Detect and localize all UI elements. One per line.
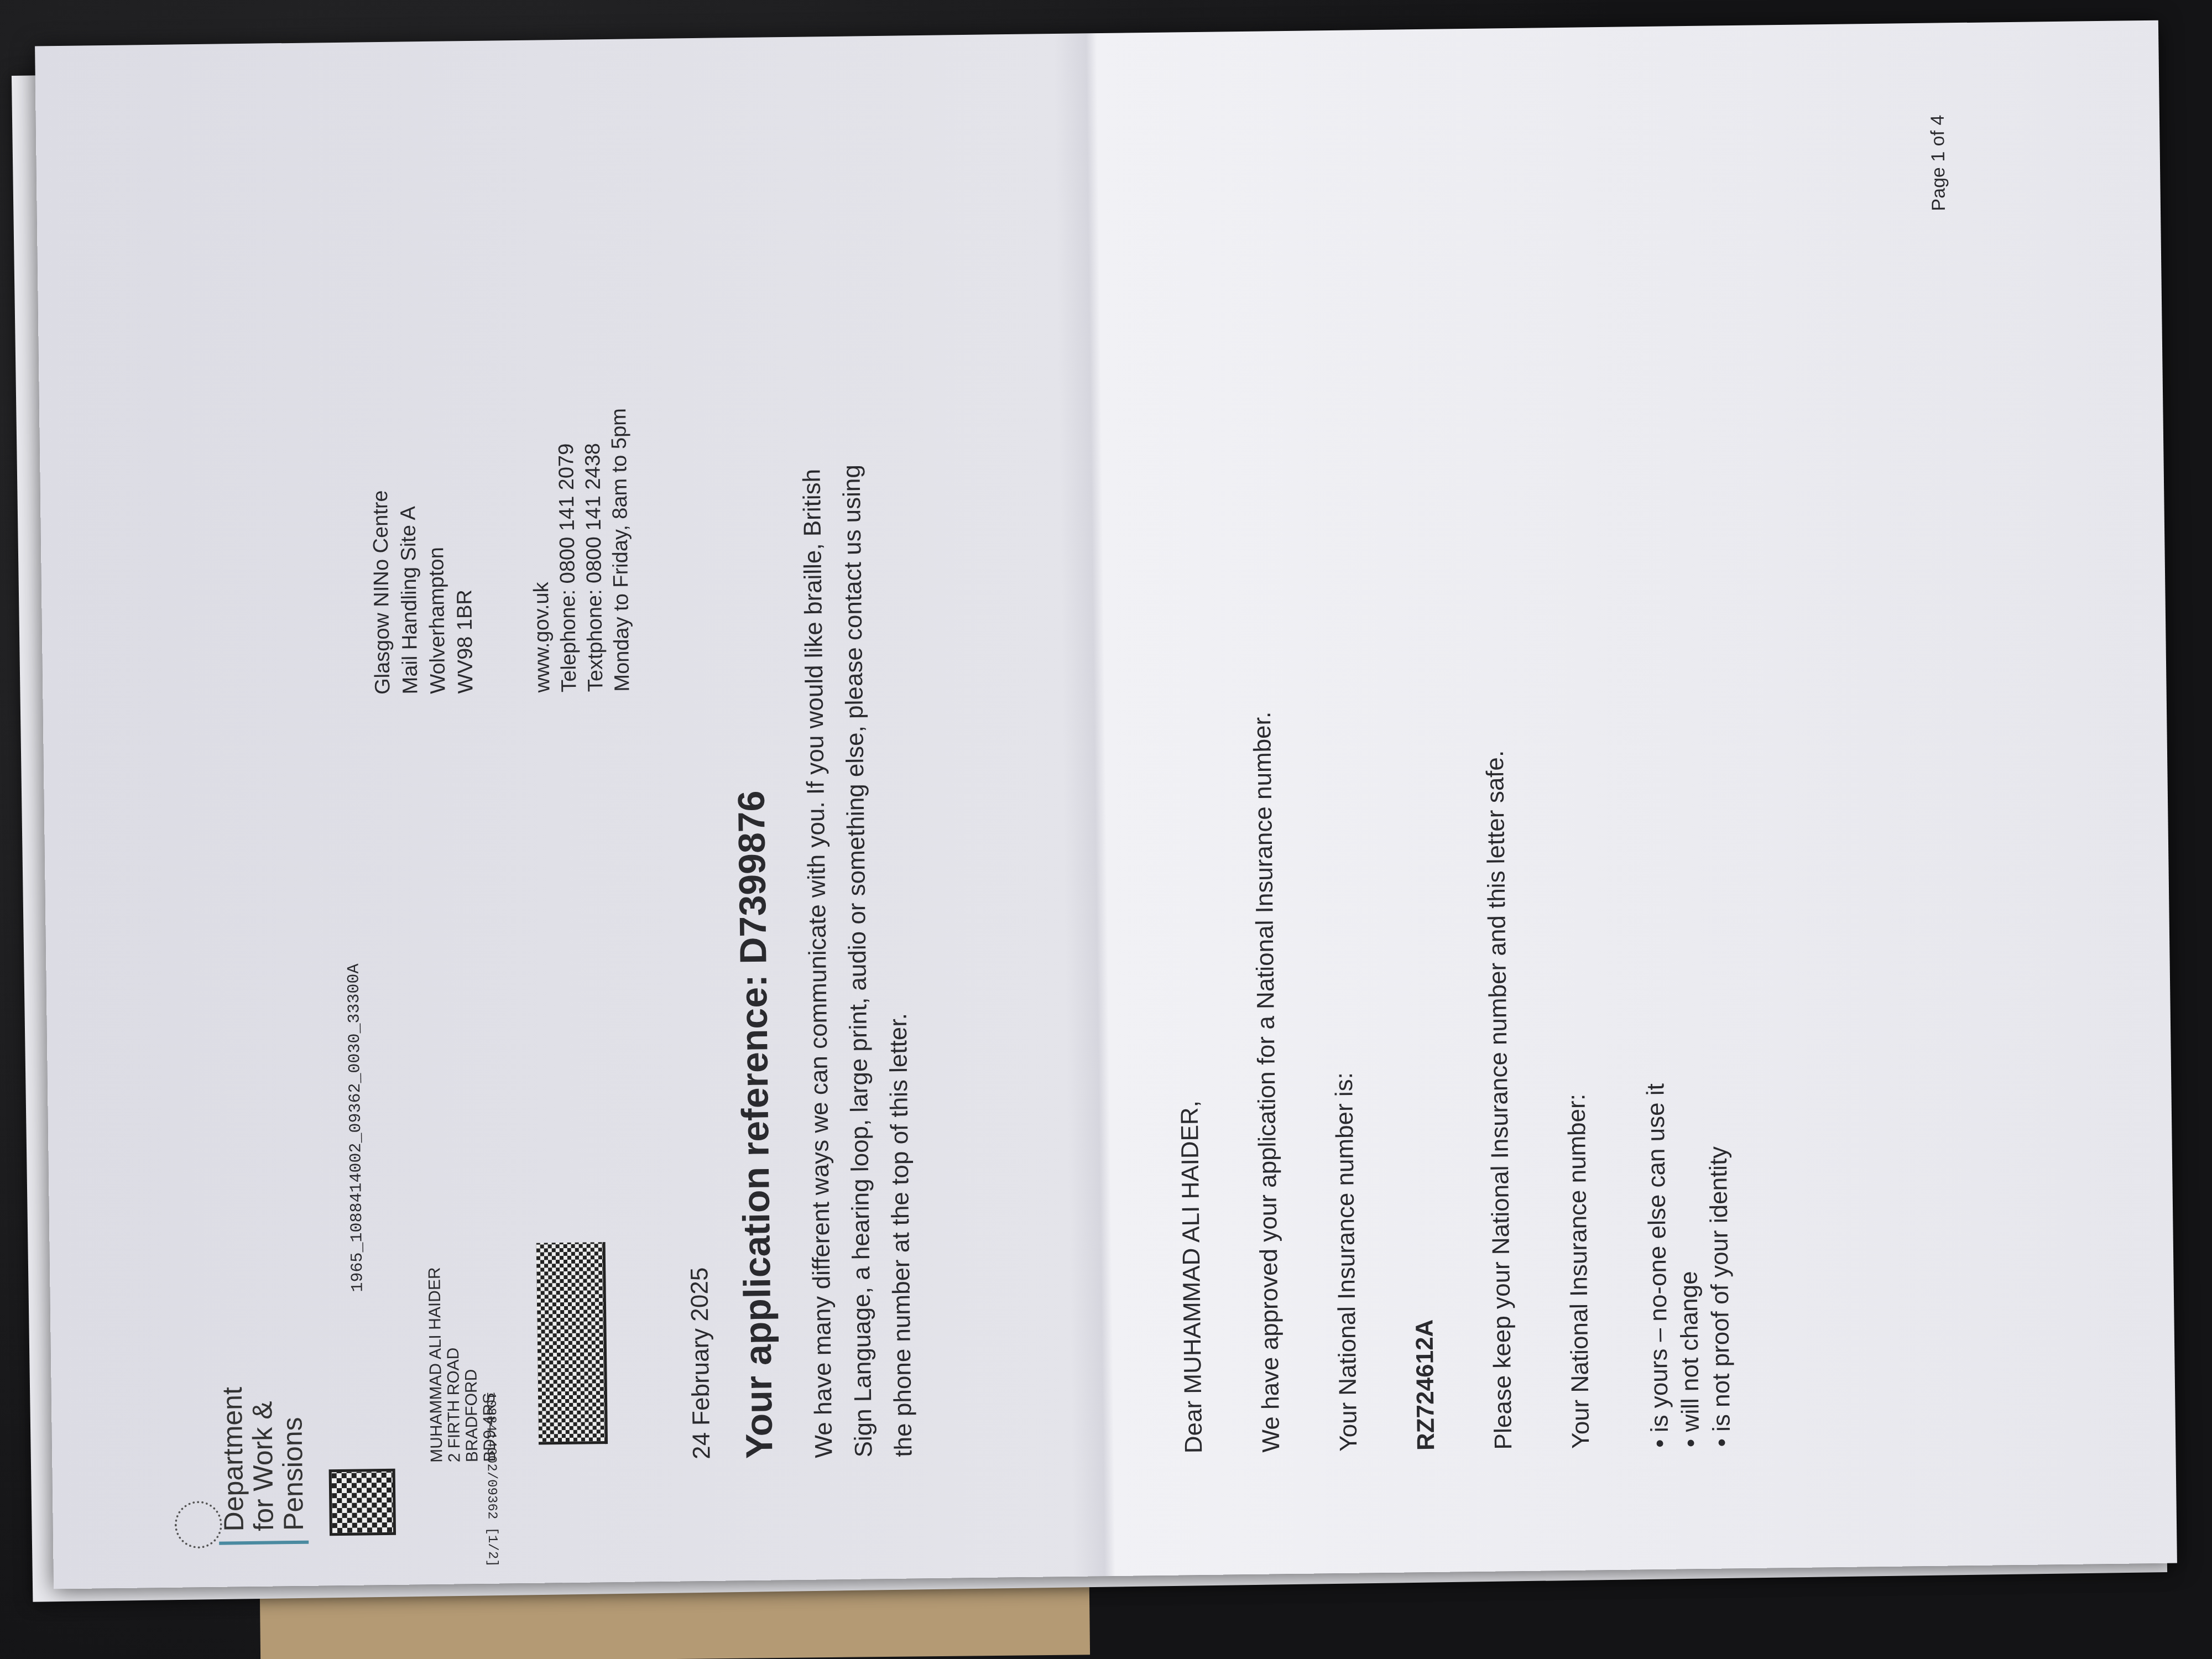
contact-details: www.gov.uk Telephone: 0800 141 2079 Text…: [526, 408, 635, 693]
telephone: Telephone: 0800 141 2079: [552, 409, 582, 692]
keep-safe-text: Please keep your National Insurance numb…: [1481, 750, 1517, 1450]
salutation: Dear MUHAMMAD ALI HAIDER,: [1176, 1100, 1208, 1454]
department-name: Department for Work & Pensions: [217, 1386, 309, 1545]
letter-right-half: Dear MUHAMMAD ALI HAIDER, We have approv…: [1130, 76, 2144, 1581]
accessibility-paragraph: We have many different ways we can commu…: [792, 461, 924, 1458]
letter-date: 24 February 2025: [686, 1267, 716, 1459]
mailing-code: 1965_1088414002_09362_0030_33300A: [345, 963, 367, 1292]
approval-text: We have approved your application for a …: [1249, 712, 1285, 1453]
national-insurance-number: RZ724612A: [1411, 1319, 1440, 1451]
sender-address: Glasgow NINo Centre Mail Handling Site A…: [367, 489, 480, 695]
letter-sheet: Department for Work & Pensions 1965_1088…: [35, 20, 2177, 1589]
recipient-address: MUHAMMAD ALI HAIDER 2 FIRTH ROAD BRADFOR…: [426, 1266, 499, 1463]
letter-left-half: Department for Work & Pensions 1965_1088…: [102, 88, 1115, 1594]
opening-hours: Monday to Friday, 8am to 5pm: [606, 408, 635, 692]
textphone: Textphone: 0800 141 2438: [579, 408, 609, 692]
list-item: is yours – no-one else can use it: [1640, 1083, 1676, 1448]
ni-facts-intro: Your National Insurance number:: [1563, 1094, 1595, 1449]
dwp-logo: Department for Work & Pensions: [151, 1386, 309, 1550]
application-reference-heading: Your application reference: D7399876: [730, 790, 781, 1459]
datamatrix-code: [536, 1242, 608, 1444]
page-number: Page 1 of 4: [1927, 114, 1950, 211]
list-item: will not change: [1671, 1083, 1707, 1447]
royal-coat-of-arms-icon: [174, 1501, 222, 1549]
ni-facts-list: is yours – no-one else can use it will n…: [1640, 1083, 1738, 1448]
small-datamatrix-code: [329, 1469, 396, 1536]
website: www.gov.uk: [526, 409, 556, 693]
ni-intro: Your National Insurance number is:: [1331, 1072, 1363, 1452]
list-item: is not proof of your identity: [1702, 1083, 1738, 1447]
